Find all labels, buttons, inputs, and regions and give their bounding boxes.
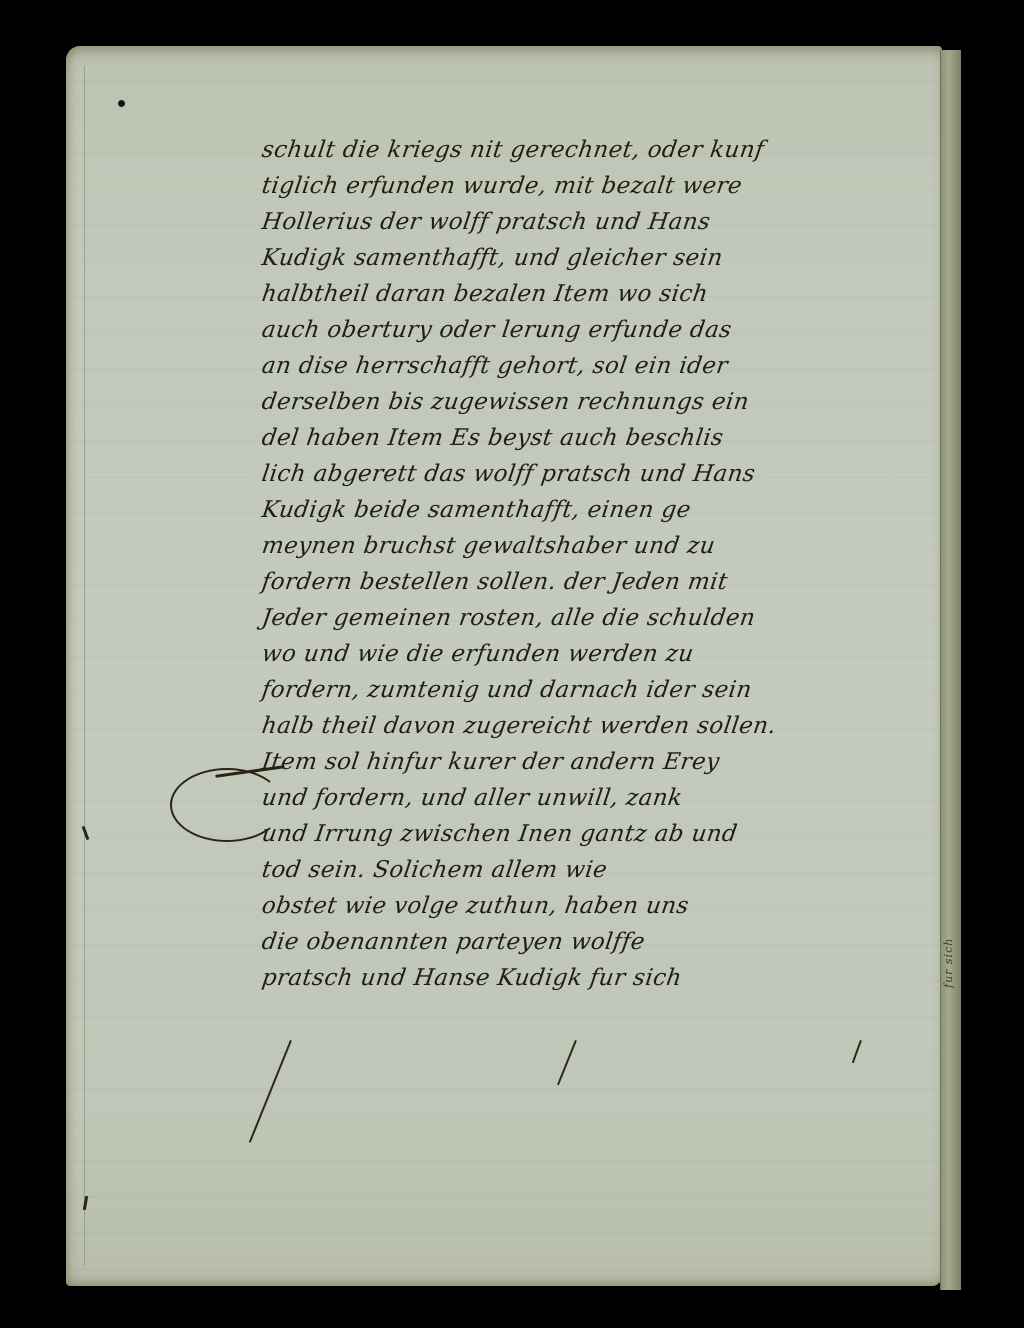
handwritten-text: schult die kriegs nit gerechnet, oder ku… (262, 132, 942, 996)
text-line: obstet wie volge zuthun, haben uns (259, 888, 944, 924)
text-line: Hollerius der wolff pratsch und Hans (259, 204, 944, 240)
text-line: halb theil davon zugereicht werden solle… (259, 708, 944, 744)
text-line: tiglich erfunden wurde, mit bezalt were (259, 168, 944, 204)
text-line: Jeder gemeinen rosten, alle die schulden (259, 600, 944, 636)
text-line: del haben Item Es beyst auch beschlis (259, 420, 944, 456)
text-line: meynen bruchst gewaltshaber und zu (259, 528, 944, 564)
text-line: an dise herrschafft gehort, sol ein ider (259, 348, 944, 384)
margin-note: fur sich (942, 858, 960, 988)
text-line: Kudigk beide samenthafft, einen ge (259, 492, 944, 528)
text-line: derselben bis zugewissen rechnungs ein (259, 384, 944, 420)
text-line: und fordern, und aller unwill, zank (259, 780, 944, 816)
text-line: halbtheil daran bezalen Item wo sich (259, 276, 944, 312)
text-line: lich abgerett das wolff pratsch und Hans (259, 456, 944, 492)
text-line: und Irrung zwischen Inen gantz ab und (259, 816, 944, 852)
text-line: fordern, zumtenig und darnach ider sein (259, 672, 944, 708)
text-line: fordern bestellen sollen. der Jeden mit (259, 564, 944, 600)
text-line: tod sein. Solichem allem wie (259, 852, 944, 888)
text-line: Kudigk samenthafft, und gleicher sein (259, 240, 944, 276)
adjacent-page-edge (940, 50, 961, 1290)
binding-hole (118, 100, 125, 107)
text-line: schult die kriegs nit gerechnet, oder ku… (259, 132, 944, 168)
text-line: Item sol hinfur kurer der andern Erey (259, 744, 944, 780)
text-line: auch obertury oder lerung erfunde das (259, 312, 944, 348)
text-line: wo und wie die erfunden werden zu (259, 636, 944, 672)
text-line: pratsch und Hanse Kudigk fur sich (259, 960, 944, 996)
text-line: die obenannten parteyen wolffe (259, 924, 944, 960)
